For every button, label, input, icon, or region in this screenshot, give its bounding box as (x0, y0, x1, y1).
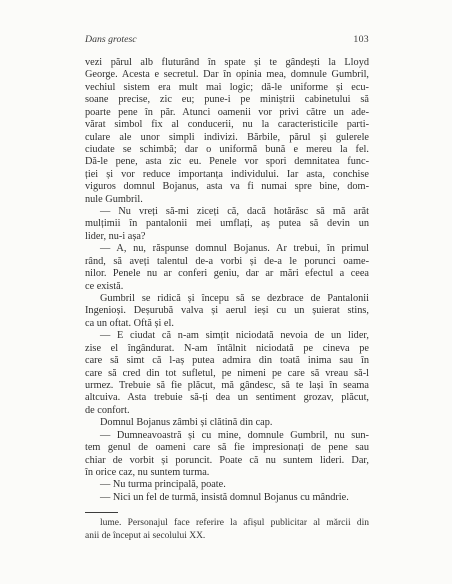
text-line: Gumbril se ridică și începu să se dezbra… (85, 293, 369, 305)
text-line: zise el îngândurat. N-am întâlnit niciod… (85, 343, 369, 355)
text-line: tem genul de oameni care să fie impresio… (85, 442, 369, 454)
text-line: vezi părul alb fluturând în spate și te … (85, 57, 369, 69)
text-line: George. Acesta e secretul. Dar în opinia… (85, 69, 369, 81)
text-line: care să cred din tot sufletul, pe nimeni… (85, 368, 369, 380)
text-line: urmez. Trebuie să fie plăcut, mă gândesc… (85, 380, 369, 392)
text-line: soane precise, zic eu; pune-i pe miniștr… (85, 94, 369, 106)
text-line: poarte pene în păr. Atunci oamenii vor p… (85, 107, 369, 119)
text-line: — Nu vreți să-mi ziceți că, dacă hotărăs… (85, 206, 369, 218)
text-line: lider, nu-i așa? (85, 231, 369, 243)
footnote-rule (85, 512, 118, 513)
text-line: nilor. Penele nu ar conferi geniu, dar a… (85, 268, 369, 280)
text-line: ției și vor reduce importanța individulu… (85, 169, 369, 181)
text-line: — Nici un fel de turmă, insistă domnul B… (85, 492, 369, 504)
text-line: — A, nu, răspunse domnul Bojanus. Ar tre… (85, 243, 369, 255)
book-page: Dans grotesc 103 vezi părul alb fluturân… (0, 0, 452, 584)
page-number: 103 (353, 34, 369, 45)
text-line: în orice caz, nu suntem turma. (85, 467, 369, 479)
text-line: altcuiva. Asta trebuie să-ți dea un sent… (85, 392, 369, 404)
running-header-title: Dans grotesc (85, 34, 137, 45)
text-line: culare ale unor simpli indivizi. Bărbile… (85, 132, 369, 144)
text-line: lume. Personajul face referire la afișul… (85, 517, 369, 530)
text-line: ca un oftat. Oftă și el. (85, 318, 369, 330)
text-line: Domnul Bojanus zâmbi și clătină din cap. (85, 417, 369, 429)
running-header: Dans grotesc 103 (85, 34, 369, 45)
text-line: chiar de vorbit și poruncit. Poate că nu… (85, 455, 369, 467)
text-line: — Dumneavoastră și cu mine, domnule Gumb… (85, 430, 369, 442)
footnote-text: lume. Personajul face referire la afișul… (85, 517, 369, 542)
text-line: mulțimii în pantalonii mei umflați, aș p… (85, 218, 369, 230)
text-line: ce există. (85, 281, 369, 293)
text-line: vărat simbol fix al conducerii, nu la ca… (85, 119, 369, 131)
text-line: rând, să aveți talentul de-a vorbi și de… (85, 256, 369, 268)
text-line: Dă-le pene, asta zic eu. Penele vor spor… (85, 156, 369, 168)
text-line: anii de început ai secolului XX. (85, 530, 369, 543)
text-line: vechiul sistem era mult mai logic; dă-le… (85, 82, 369, 94)
text-line: viguros domnul Bojanus, asta va fi numai… (85, 181, 369, 193)
text-line: de confort. (85, 405, 369, 417)
text-line: care să simt că l-aș putea admira din to… (85, 355, 369, 367)
body-text: vezi părul alb fluturând în spate și te … (85, 57, 369, 504)
text-line: — Nu turma principală, poate. (85, 479, 369, 491)
text-line: nule Gumbril. (85, 194, 369, 206)
text-line: — E ciudat că n-am simțit niciodată nevo… (85, 330, 369, 342)
text-line: ciudate se schimbă; dar o uniformă bună … (85, 144, 369, 156)
text-line: Ingenioși. Deșurubă valva și aerul ieși … (85, 305, 369, 317)
